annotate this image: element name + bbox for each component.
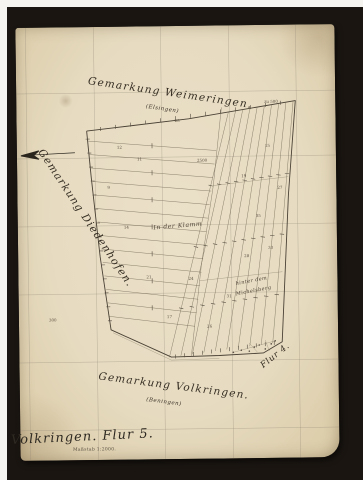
parcel-number: 12 xyxy=(117,145,122,150)
scanned-map-page: { "colors": { "paper": "#e8dcc4", "photo… xyxy=(0,0,363,480)
parcel-number: 27 xyxy=(277,185,282,190)
parcel-number: 33 xyxy=(268,245,273,250)
map-scale-note: Maßstab 1:2000. xyxy=(73,447,116,453)
parcel-number: 11 xyxy=(137,156,142,161)
map-sheet: Gemarkung Weimeringen. (Elsingen) Gemark… xyxy=(15,24,339,461)
parcel-number: 9 xyxy=(107,185,110,190)
annotation-zu500: zu 500 xyxy=(264,99,278,104)
parcel-number: 14 xyxy=(124,225,129,230)
parcel-number: 28 xyxy=(244,253,249,258)
parcel-number: 19 xyxy=(241,173,246,178)
parcel-number: 31 xyxy=(227,293,232,298)
parcel-number: 15 xyxy=(265,143,270,148)
photo-frame: Gemarkung Weimeringen. (Elsingen) Gemark… xyxy=(7,7,363,480)
parcel-number: 35 xyxy=(256,213,261,218)
parcel-number: 23 xyxy=(174,118,179,123)
parcel-number: 17 xyxy=(167,314,172,319)
parcel-number: 26 xyxy=(207,324,212,329)
parcel-number: 24 xyxy=(188,276,193,281)
parcel-number: 21 xyxy=(146,274,151,279)
annotation-2500: 2500 xyxy=(197,158,207,163)
annotation-300: 300 xyxy=(49,317,57,322)
